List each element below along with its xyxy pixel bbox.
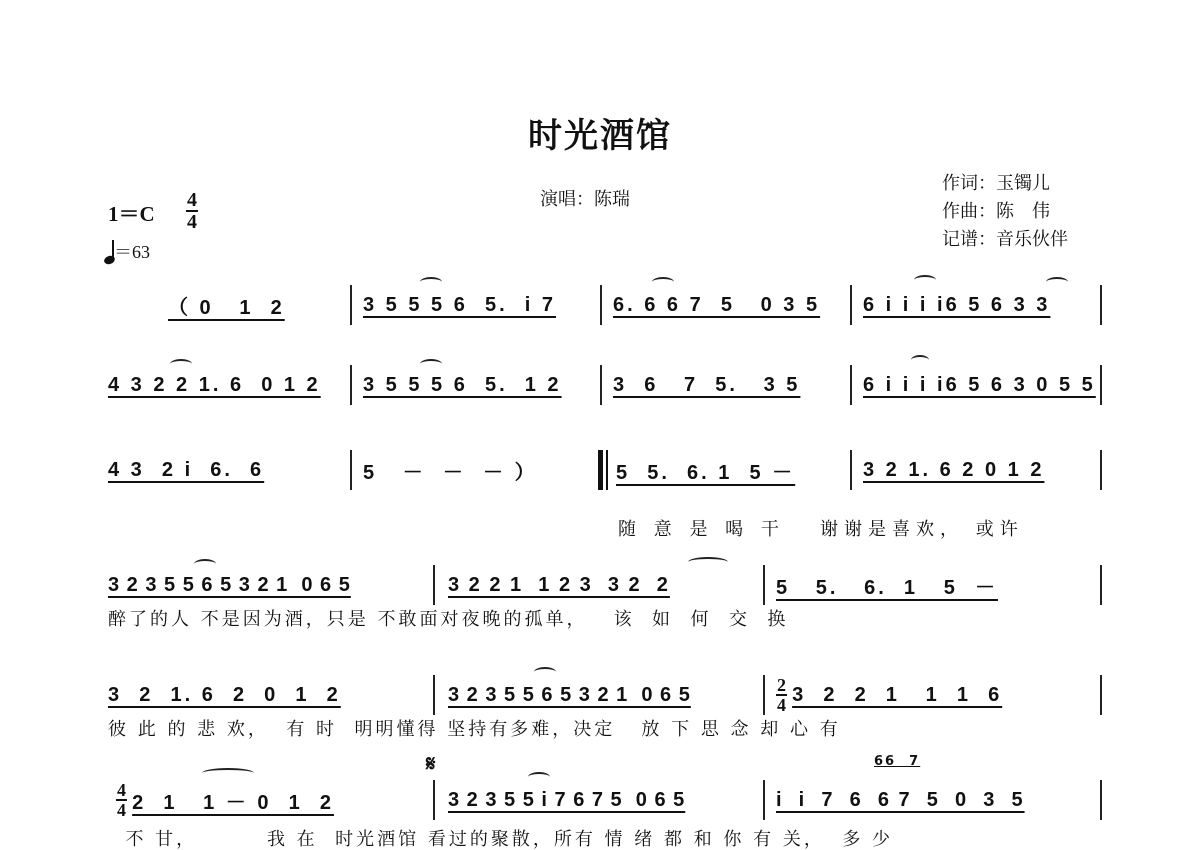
barline — [1100, 450, 1102, 490]
credits: 作词：玉镯儿 作曲：陈 伟 记谱：音乐伙伴 — [942, 170, 1068, 254]
score-row-5: 3 2 1. 6 2 0 1 2 3 2 3 5 5 6 5 3 2 1 0 6… — [108, 675, 1104, 715]
time-change: 2 4 — [776, 676, 787, 714]
measure: 5 － － － ） — [363, 450, 538, 490]
transcriber-credit: 记谱：音乐伙伴 — [942, 226, 1068, 254]
barline — [600, 285, 602, 325]
measure: 6 i i i i6 5 6 3 0 5 5 — [863, 365, 1096, 405]
barline — [433, 675, 435, 715]
segno-icon: 𝄋 — [426, 752, 435, 777]
repeat-start-barline — [598, 450, 610, 490]
measure: 3 2 3 5 5 i 7 6 7 5 0 6 5 — [448, 780, 685, 820]
barline — [433, 565, 435, 605]
barline — [763, 780, 765, 820]
slur — [652, 277, 674, 287]
barline — [1100, 675, 1102, 715]
barline — [850, 450, 852, 490]
barline — [763, 675, 765, 715]
measure: 3 2 2 1 1 2 3 3 2 2 — [448, 565, 670, 605]
slur — [420, 359, 442, 369]
barline — [1100, 565, 1102, 605]
lyrics-line-1: 随 意 是 喝 干 谢谢是喜欢， 或许 — [618, 515, 1098, 541]
measure: 3 2 3 5 5 6 5 3 2 1 0 6 5 — [448, 675, 691, 715]
slur — [914, 275, 936, 285]
barline — [1100, 285, 1102, 325]
measure: 5 5. 6. 1 5 － — [776, 565, 998, 605]
barline — [763, 565, 765, 605]
score-row-3: 4 3 2 i 6. 6 5 － － － ） 5 5. 6. 1 5 － 3 2… — [108, 450, 1104, 490]
measure: 3 2 1. 6 2 0 1 2 — [863, 450, 1044, 490]
lyricist-credit: 作词：玉镯儿 — [942, 170, 1068, 198]
barline — [1100, 365, 1102, 405]
song-title: 时光酒馆 — [0, 108, 1200, 157]
quarter-note-icon — [104, 240, 114, 264]
measure: 4 3 2 i 6. 6 — [108, 450, 264, 490]
singer-credit: 演唱：陈瑞 — [540, 185, 630, 211]
time-signature: 4 4 — [186, 190, 198, 232]
slur — [528, 772, 550, 782]
barline — [850, 365, 852, 405]
barline — [350, 285, 352, 325]
measure: 6. 6 6 7 5 0 3 5 — [613, 285, 820, 325]
slur — [420, 277, 442, 287]
time-change: 4 4 — [116, 781, 127, 819]
score-row-1: （ 0 1 2 3 5 5 5 6 5. i 7 6. 6 6 7 5 0 3 … — [108, 285, 1104, 325]
measure: i i 7 6 6 7 5 0 3 5 — [776, 780, 1025, 820]
slur — [534, 667, 556, 677]
measure: （ 0 1 2 — [168, 285, 285, 325]
score-row-6: 4 4 2 1 1 － 0 1 2 𝄋 3 2 3 5 5 i 7 6 7 5 … — [108, 780, 1104, 820]
measure: 4 3 2 2 1. 6 0 1 2 — [108, 365, 321, 405]
measure: 3 2 1. 6 2 0 1 2 — [108, 675, 341, 715]
lyrics-line-2: 醉了的人 不是因为酒，只是 不敢面对夜晚的孤单， 该 如 何 交 换 — [108, 605, 1104, 631]
barline — [433, 780, 435, 820]
slur — [202, 768, 254, 778]
measure: 3 2 3 5 5 6 5 3 2 1 0 6 5 — [108, 565, 351, 605]
measure: 2 4 3 2 2 1 1 1 6 — [776, 675, 1002, 715]
lyrics-line-3: 彼 此 的 悲 欢， 有 时 明明懂得 坚持有多难，决定 放 下 思 念 却 心… — [108, 715, 1104, 741]
score-row-4: 3 2 3 5 5 6 5 3 2 1 0 6 5 3 2 2 1 1 2 3 … — [108, 565, 1104, 605]
measure: 3 6 7 5. 3 5 — [613, 365, 800, 405]
measure: 5 5. 6. 1 5 － — [616, 450, 795, 490]
barline — [350, 365, 352, 405]
measure: 3 5 5 5 6 5. i 7 — [363, 285, 556, 325]
slur — [688, 557, 728, 567]
tempo-marking: ＝63 — [104, 238, 150, 264]
ossia-notes: 66 7 — [874, 754, 920, 769]
barline — [850, 285, 852, 325]
slur — [194, 559, 216, 569]
barline — [1100, 780, 1102, 820]
lyrics-line-4: 不 甘， 我 在 时光酒馆 看过的聚散，所有 情 绪 都 和 你 有 关， 多 … — [108, 825, 1104, 850]
measure: 6 i i i i6 5 6 3 3 — [863, 285, 1050, 325]
barline — [350, 450, 352, 490]
measure: 4 4 2 1 1 － 0 1 2 — [116, 780, 334, 820]
score-row-2: 4 3 2 2 1. 6 0 1 2 3 5 5 5 6 5. 1 2 3 6 … — [108, 365, 1104, 405]
measure: 3 5 5 5 6 5. 1 2 — [363, 365, 562, 405]
barline — [600, 365, 602, 405]
slur — [170, 359, 192, 369]
composer-credit: 作曲：陈 伟 — [942, 198, 1068, 226]
slur — [1046, 277, 1068, 287]
slur — [911, 355, 929, 365]
key-signature: 1＝C — [108, 198, 155, 228]
